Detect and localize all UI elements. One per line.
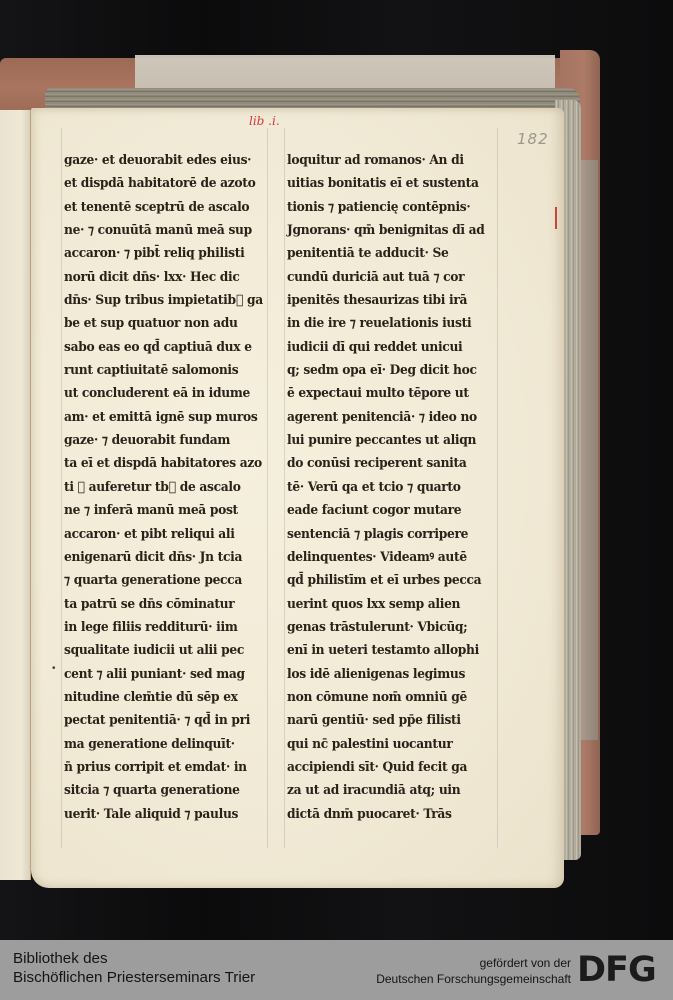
text-line: qd̄ philistīm et eī urbes pecca: [287, 569, 478, 592]
text-line: cundū duriciā aut tuā ⁊ cor: [287, 266, 478, 289]
margin-mark: [555, 207, 557, 229]
text-line: sabo eas eo qd̄ captiuā dux e: [64, 336, 250, 359]
text-line: non cōmune nom̄ omniū gē: [287, 686, 478, 709]
text-line: accipiendi sīt· Quid fecit ga: [287, 756, 478, 779]
text-line: n̄ prius corripit et emdat· in: [64, 756, 250, 779]
text-line: in lege filiis redditurū· iim: [64, 616, 250, 639]
text-line: sentenciā ⁊ plagis corripere: [287, 523, 478, 546]
text-line: sitcia ⁊ quarta generatione: [64, 779, 250, 802]
text-column-left: gaze· et deuorabit edes eius· et dispdā …: [64, 149, 264, 826]
text-line: uitias bonitatis eī et sustenta: [287, 172, 478, 195]
text-line: ne· ⁊ conuūtā manū meā sup: [64, 219, 250, 242]
text-line: et tenentē sceptrū de ascalo: [64, 196, 250, 219]
text-line: tē· Verū qa et tcio ⁊ quarto: [287, 476, 478, 499]
ruling-line: [61, 128, 62, 848]
manuscript-page: lib .i. 182 • gaze· et deuorabit edes ei…: [31, 108, 564, 888]
ruling-line: [497, 128, 498, 848]
text-line: dictā dnm̄ puocaret· Trās: [287, 803, 478, 826]
text-line: am· et emittā ignē sup muros: [64, 406, 250, 429]
margin-dot: •: [52, 663, 56, 674]
text-line: ⁊ quarta generatione pecca: [64, 569, 250, 592]
text-line: enigenarū dicit dn̄s· Jn tcia: [64, 546, 250, 569]
text-line: norū dicit dn̄s· lxx· Hec dic: [64, 266, 250, 289]
text-line: delinquentes· Videamꝰ autē: [287, 546, 478, 569]
text-column-right: loquitur ad romanos· An di uitias bonita…: [287, 149, 492, 826]
text-line: tionis ⁊ patiencię contēpnis·: [287, 196, 478, 219]
text-line: enī in ueteri testamto allophi: [287, 639, 478, 662]
text-line: uerit· Tale aliquid ⁊ paulus: [64, 803, 250, 826]
text-line: ipenitēs thesaurizas tibi irā: [287, 289, 478, 312]
text-line: ta patrū se dn̄s cōminatur: [64, 593, 250, 616]
facing-page-edge: [0, 110, 31, 880]
text-line: ma generatione delinquīt·: [64, 733, 250, 756]
text-line: penitentiā te adducit· Se: [287, 242, 478, 265]
library-name-line2: Bischöflichen Priesterseminars Trier: [13, 968, 255, 987]
manuscript-viewer: lib .i. 182 • gaze· et deuorabit edes ei…: [0, 0, 673, 940]
ruling-line: [267, 128, 268, 848]
text-line: et dispdā habitatorē de azoto: [64, 172, 250, 195]
dfg-logo-icon: DFG: [577, 953, 656, 988]
text-line: iudicii dī qui reddet unicui: [287, 336, 478, 359]
folio-number: 182: [517, 130, 549, 148]
text-line: ut concluderent eā in idume: [64, 382, 250, 405]
text-line: los idē alienigenas legimus: [287, 663, 478, 686]
text-line: gaze· et deuorabit edes eius·: [64, 149, 250, 172]
text-line: agerent penitenciā· ⁊ ideo no: [287, 406, 478, 429]
text-line: za ut ad iracundiā atq; uin: [287, 779, 478, 802]
funding-line2: Deutschen Forschungsgemeinschaft: [376, 972, 571, 988]
text-line: loquitur ad romanos· An di: [287, 149, 478, 172]
library-name-line1: Bibliothek des: [13, 949, 255, 968]
text-line: uerint quos lxx semp alien: [287, 593, 478, 616]
text-line: genas trāstulerunt· Vbicūq;: [287, 616, 478, 639]
text-line: lui punire peccantes ut aliqn: [287, 429, 478, 452]
text-line: runt captiuitatē salomonis: [64, 359, 250, 382]
text-line: dn̄s· Sup tribus impietatib᷒ ga: [64, 289, 250, 312]
running-head: lib .i.: [249, 114, 280, 128]
text-line: Jgnorans· qm̄ benignitas dī ad: [287, 219, 478, 242]
text-line: squalitate iudicii ut alii pec: [64, 639, 250, 662]
funding-line1: gefördert von der: [376, 956, 571, 972]
text-line: nitudine clem̄tie dū sēp ex: [64, 686, 250, 709]
text-line: gaze· ⁊ deuorabit fundam: [64, 429, 250, 452]
text-line: pectat penitentiā· ⁊ qd̄ in pri: [64, 709, 250, 732]
ruling-line: [284, 128, 285, 848]
text-line: in die ire ⁊ reuelationis iusti: [287, 312, 478, 335]
text-line: q; sedm opa eī· Deg dicit hoc: [287, 359, 478, 382]
text-line: ē expectaui multo tēpore ut: [287, 382, 478, 405]
text-line: accaron· et pibt reliqui ali: [64, 523, 250, 546]
text-line: ta eī et dispdā habitatores azo: [64, 452, 250, 475]
library-credit: Bibliothek des Bischöflichen Priestersem…: [13, 949, 255, 987]
funding-credit: gefördert von der Deutschen Forschungsge…: [376, 956, 571, 987]
text-line: cent ⁊ alii puniant· sed mag: [64, 663, 250, 686]
text-line: ti ⁊ auferetur tb᷒ de ascalo: [64, 476, 250, 499]
text-line: qui nc̄ palestini uocantur: [287, 733, 478, 756]
text-line: narū gentiū· sed pp̄e filisti: [287, 709, 478, 732]
text-line: ne ⁊ inferā manū meā post: [64, 499, 250, 522]
text-line: be et sup quatuor non adu: [64, 312, 250, 335]
text-line: accaron· ⁊ pibt̄ reliq philisti: [64, 242, 250, 265]
footer-bar: Bibliothek des Bischöflichen Priestersem…: [0, 940, 673, 1000]
text-line: do conūsi reciperent sanita: [287, 452, 478, 475]
text-line: eade faciunt cogor mutare: [287, 499, 478, 522]
